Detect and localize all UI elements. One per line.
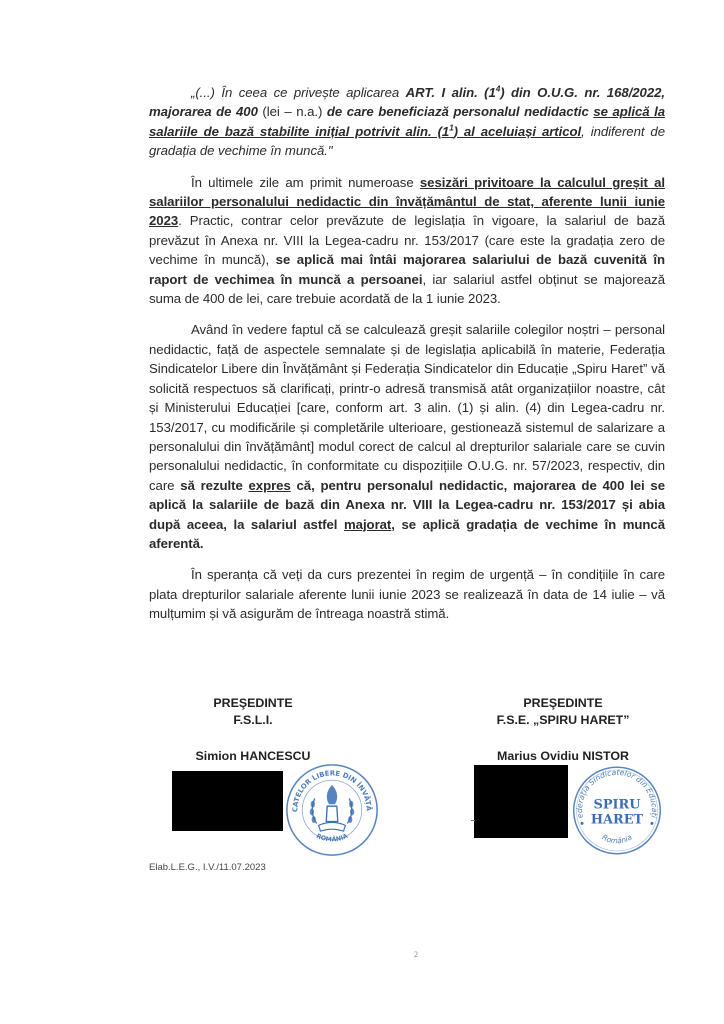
signature-block-fse: PREŞEDINTE F.S.E. „SPIRU HARET” Marius O… — [463, 695, 663, 765]
fsli-stamp-icon: SINDICATELOR LIBERE DIN ÎNVĂȚĂMÂNT ROMÂN… — [284, 760, 380, 860]
signature-mark — [471, 820, 475, 821]
spiru-haret-stamp-icon: Federația Sindicatelor din Educație Româ… — [571, 763, 663, 858]
document-page: „(...) În ceea ce privește aplicarea ART… — [0, 0, 724, 1024]
art-reference: ART. I alin. (14) din O.U.G. nr. 168/202… — [406, 85, 665, 100]
p3-bold-a: să rezulte — [180, 478, 248, 493]
p3-body: Având în vedere faptul că se calculează … — [149, 322, 665, 492]
letter-body: „(...) În ceea ce privește aplicarea ART… — [149, 83, 665, 636]
redacted-signature-left — [172, 771, 283, 831]
quote-open: „(...) În ceea ce privește aplicarea — [191, 85, 406, 100]
signature-role: PREŞEDINTE — [183, 695, 323, 712]
paragraph-request: Având în vedere faptul că se calculează … — [149, 320, 665, 553]
p3-expres: expres — [249, 478, 291, 493]
signature-org: F.S.E. „SPIRU HARET” — [463, 712, 663, 729]
majorare-text: majorarea de 400 — [149, 104, 258, 119]
svg-text:HARET: HARET — [591, 812, 644, 827]
paragraph-complaints: În ultimele zile am primit numeroase ses… — [149, 173, 665, 309]
svg-text:ROMÂNIA: ROMÂNIA — [315, 833, 349, 844]
lei-note: (lei – n.a.) — [258, 104, 327, 119]
paragraph-closing: În speranța că veți da curs prezentei în… — [149, 565, 665, 623]
page-number: 2 — [414, 950, 418, 959]
signature-block-fsli: PREŞEDINTE F.S.L.I. Simion HANCESCU — [183, 695, 323, 765]
p2-intro: În ultimele zile am primit numeroase — [191, 175, 420, 190]
svg-text:SINDICATELOR LIBERE DIN ÎNVĂȚĂ: SINDICATELOR LIBERE DIN ÎNVĂȚĂMÂNT — [284, 760, 374, 812]
redacted-signature-right — [474, 765, 568, 838]
footer-reference: Elab.L.E.G., I.V./11.07.2023 — [149, 862, 266, 873]
p2-year: 2023 — [149, 213, 178, 228]
svg-text:România: România — [601, 832, 634, 845]
svg-text:SPIRU: SPIRU — [594, 798, 641, 813]
signature-org: F.S.L.I. — [183, 712, 323, 729]
quote-paragraph: „(...) În ceea ce privește aplicarea ART… — [149, 83, 665, 161]
signature-role: PREŞEDINTE — [463, 695, 663, 712]
beneficiaza-text: de care beneficiază personalul nedidacti… — [327, 104, 593, 119]
p3-majorat: majorat — [344, 517, 391, 532]
